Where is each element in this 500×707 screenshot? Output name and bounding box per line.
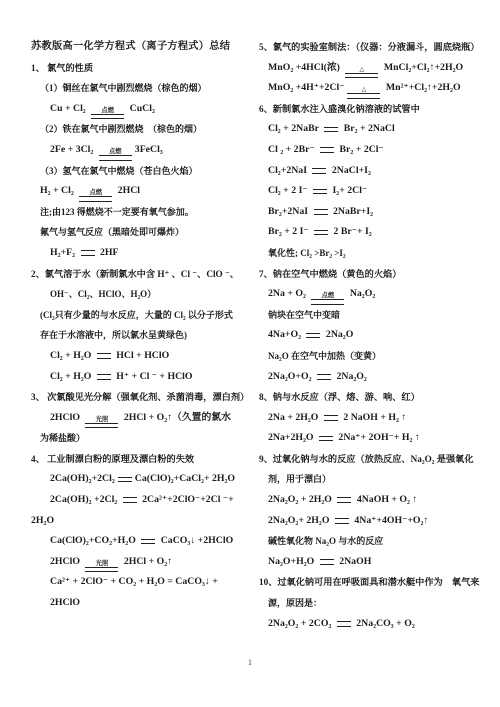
section-heading: 10、过氧化钠可用在呼吸面具和潜水艇中作为 氧气来 <box>259 572 481 593</box>
text-line: Na₂O 在空气中加热（变黄） <box>259 346 481 367</box>
section-heading: 5、氯气的实验室制法：（仪器：分液漏斗，圆底烧瓶） <box>259 37 481 58</box>
double-equals-sign <box>320 559 334 565</box>
condition-equals-sign: 点燃 <box>311 292 344 305</box>
equals-double-line <box>97 374 111 380</box>
double-equals-sign <box>314 230 328 236</box>
equals-double-line <box>320 147 334 153</box>
equals-double-line <box>320 559 334 565</box>
double-equals-sign <box>319 436 333 442</box>
equation-line: 2HClO 光照 2HCl + O₂↑ <box>31 552 253 573</box>
equals-double-line <box>324 415 338 421</box>
text-line: 钠块在空气中变暗 <box>259 305 481 326</box>
equation-line: Cl₂+2NaI 2NaCl+I₂ <box>259 161 481 182</box>
equals-double-line <box>317 374 331 380</box>
equals-double-line <box>324 127 338 133</box>
equals-double-line <box>91 114 124 120</box>
equation-line: Cl₂ + 2NaBr Br₂ + 2NaCl <box>259 119 481 140</box>
condition-equals-sign: 点燃 <box>99 148 132 161</box>
equation-line: Cl₂ + H₂O H⁺ + Cl ⁻ + HClO <box>31 367 253 388</box>
equals-double-line <box>337 621 351 627</box>
double-equals-sign <box>337 497 351 503</box>
equals-double-line <box>319 436 333 442</box>
equation-line: MnO₂ +4H⁺+2Cl⁻△ Mn²⁺+Cl₂↑+2H₂O <box>259 78 481 99</box>
equation-line: Na₂O+H₂O 2NaOH <box>259 552 481 573</box>
equation-line: 2Na + 2H₂O 2 NaOH + H₂ ↑ <box>259 408 481 429</box>
equals-double-line <box>306 333 320 339</box>
equation-line: Ca²⁺ + 2ClO⁻ + CO₂ + H₂O = CaCO₃↓ + <box>31 572 253 593</box>
text-line: 氟气与氢气反应（黑暗处即可爆炸） <box>31 222 253 243</box>
equation-line: Br₂ + 2 I⁻ 2 Br⁻+ I₂ <box>259 222 481 243</box>
equation-line: Ca(ClO)₂+CO₂+H₂O CaCO₃↓ +2HClO <box>31 531 253 552</box>
equals-double-line <box>123 497 137 503</box>
condition-equals-sign: 点燃 <box>79 189 112 202</box>
equals-double-line <box>97 353 111 359</box>
text-line: 源，原因是： <box>259 593 481 614</box>
double-equals-sign <box>335 518 349 524</box>
condition-equals-sign: 光照 <box>85 416 118 429</box>
reaction-condition-label: 点燃 <box>322 292 335 299</box>
reaction-condition-label: 光照 <box>96 560 109 567</box>
text-line: （2）铁在氯气中剧烈燃烧 （棕色的烟） <box>31 119 253 140</box>
equation-line: 2HClO <box>31 593 253 614</box>
double-equals-sign <box>97 374 111 380</box>
equation-line: 4Na+O₂ 2Na₂O <box>259 325 481 346</box>
reaction-condition-label: 点燃 <box>101 107 114 114</box>
equals-double-line <box>99 155 132 161</box>
equation-line: 2Ca(OH)₂ +2Cl₂ 2Ca²⁺+2ClO⁻+2Cl ⁻+ <box>31 490 253 511</box>
equation-line: Cu + Cl₂ 点燃 CuCl₂ <box>31 99 253 120</box>
document-title: 苏教版高一化学方程式（离子方程式）总结 <box>31 37 253 58</box>
right-column: 5、氯气的实验室制法：（仪器：分液漏斗，圆底烧瓶）MnO₂ +4HCl(浓) △… <box>259 37 481 634</box>
double-equals-sign <box>324 127 338 133</box>
text-line: （1）铜丝在氯气中剧烈燃烧（棕色的烟） <box>31 78 253 99</box>
condition-equals-sign: 点燃 <box>91 107 124 120</box>
text-line: (Cl₂只有少量的与水反应，大量的 Cl₂ 以分子形式 <box>31 305 253 326</box>
section-heading: 8、钠与水反应（浮、熔、游、响、红） <box>259 387 481 408</box>
equation-line: Cl ₂ + 2Br⁻ Br₂ + 2Cl⁻ <box>259 140 481 161</box>
equals-double-line <box>337 497 351 503</box>
equals-double-line <box>118 477 132 483</box>
text-line: （3）氢气在氯气中燃烧（苍白色火焰） <box>31 161 253 182</box>
condition-equals-sign: △ <box>345 66 378 79</box>
double-equals-sign <box>314 209 328 215</box>
double-equals-sign <box>97 353 111 359</box>
double-equals-sign <box>123 497 137 503</box>
equals-double-line <box>311 299 344 305</box>
section-heading: 2、氯气溶于水（新制氯水中含 H⁺ 、Cl ⁻、ClO ⁻、 <box>31 264 253 285</box>
equation-line: 2Na₂O₂ + 2CO₂ 2Na₂CO₃ + O₂ <box>259 614 481 635</box>
equation-line: 2Na₂O+O₂ 2Na₂O₂ <box>259 367 481 388</box>
equation-line: 2Ca(OH)₂+2Cl₂Ca(ClO)₂+CaCl₂+ 2H₂O <box>31 469 253 490</box>
left-column: 苏教版高一化学方程式（离子方程式）总结 1、 氯气的性质（1）铜丝在氯气中剧烈燃… <box>31 37 253 634</box>
double-equals-sign <box>337 621 351 627</box>
text-line: 存在于水溶液中，所以氯水呈黄绿色) <box>31 325 253 346</box>
equals-double-line <box>85 567 118 573</box>
page-number: 1 <box>0 657 500 667</box>
equals-double-line <box>313 189 327 195</box>
text-line: 氧化性; Cl₂ >Br₂ >I₂ <box>259 243 481 264</box>
reaction-condition-label: △ <box>362 86 367 93</box>
document-page: 苏教版高一化学方程式（离子方程式）总结 1、 氯气的性质（1）铜丝在氯气中剧烈燃… <box>0 0 500 707</box>
equals-double-line <box>79 196 112 202</box>
section-heading: 6、新制氯水注入盛溴化钠溶液的试管中 <box>259 99 481 120</box>
double-equals-sign <box>141 539 155 545</box>
double-equals-sign <box>313 189 327 195</box>
double-equals-sign <box>81 250 95 256</box>
section-heading: 3、 次氯酸见光分解（强氧化剂、杀菌消毒，漂白剂） <box>31 387 253 408</box>
condition-equals-sign: 光照 <box>85 560 118 573</box>
double-equals-sign <box>312 168 326 174</box>
equation-line: H₂+F₂ 2HF <box>31 243 253 264</box>
equation-line: Br₂+2NaI 2NaBr+I₂ <box>259 202 481 223</box>
equation-line: Cl₂ + 2 I⁻ I₂+ 2Cl⁻ <box>259 181 481 202</box>
equals-double-line <box>314 209 328 215</box>
double-equals-sign <box>320 147 334 153</box>
equals-double-line <box>345 73 378 79</box>
equals-double-line <box>314 230 328 236</box>
equation-line: 2Na+2H₂O 2Na⁺+ 2OH⁻+ H₂ ↑ <box>259 428 481 449</box>
equation-line: 2HClO 光照 2HCl + O₂↑（久置的氯水 <box>31 408 253 429</box>
text-line: OH⁻、Cl₂、HClO、H₂O） <box>31 284 253 305</box>
section-heading: 1、 氯气的性质 <box>31 58 253 79</box>
text-line: 碱性氧化物 Na₂O 与水的反应 <box>259 531 481 552</box>
equation-line: Cl₂ + H₂O HCl + HClO <box>31 346 253 367</box>
double-equals-sign <box>306 333 320 339</box>
equation-line: 2Na + O₂ 点燃 Na₂O₂ <box>259 284 481 305</box>
double-equals-sign <box>317 374 331 380</box>
double-equals-sign <box>324 415 338 421</box>
equation-line: MnO₂ +4HCl(浓) △ MnCl₂+Cl₂↑+2H₂O <box>259 58 481 79</box>
equals-double-line <box>335 518 349 524</box>
reaction-condition-label: 点燃 <box>109 148 122 155</box>
two-column-layout: 苏教版高一化学方程式（离子方程式）总结 1、 氯气的性质（1）铜丝在氯气中剧烈燃… <box>31 37 481 634</box>
equation-line: H₂ + Cl₂ 点燃 2HCl <box>31 181 253 202</box>
reaction-condition-label: 点燃 <box>89 189 102 196</box>
equation-line: 2Na₂O₂ + 2H₂O 4NaOH + O₂ ↑ <box>259 490 481 511</box>
section-heading: 9、过氧化钠与水的反应（放热反应、Na₂O₂ 是强氧化 <box>259 449 481 470</box>
equation-line: 2H₂O <box>31 511 253 532</box>
reaction-condition-label: 光照 <box>96 416 109 423</box>
equals-double-line <box>347 93 380 99</box>
condition-equals-sign: △ <box>347 86 380 99</box>
text-line: 注;由123 得燃烧不一定要有氧气参加。 <box>31 202 253 223</box>
reaction-condition-label: △ <box>359 66 364 73</box>
equals-double-line <box>141 539 155 545</box>
equation-line: 2Fe + 3Cl₂ 点燃3FeCl₃ <box>31 140 253 161</box>
double-equals-sign <box>118 477 132 483</box>
text-line: 剂，用于漂白） <box>259 469 481 490</box>
equals-double-line <box>81 250 95 256</box>
section-heading: 4、 工业制漂白粉的原理及漂白粉的失效 <box>31 449 253 470</box>
equals-double-line <box>312 168 326 174</box>
section-heading: 7、钠在空气中燃烧（黄色的火焰） <box>259 264 481 285</box>
equation-line: 2Na₂O₂+ 2H₂O 4Na⁺+4OH⁻+O₂↑ <box>259 511 481 532</box>
equals-double-line <box>85 423 118 429</box>
text-line: 为稀盐酸） <box>31 428 253 449</box>
